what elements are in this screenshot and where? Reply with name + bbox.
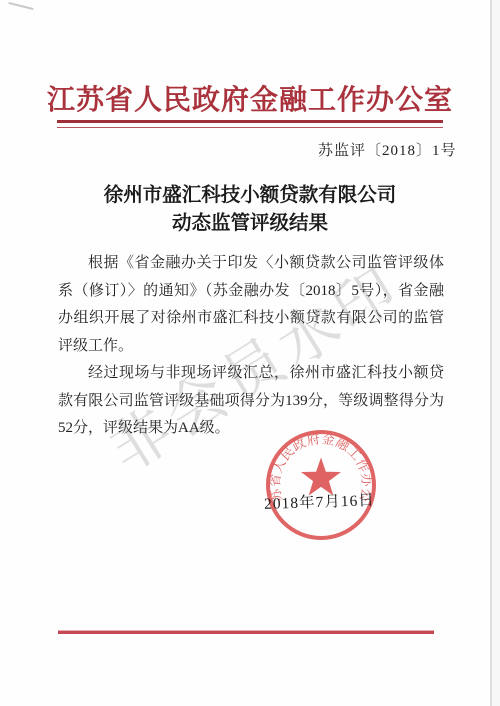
header-double-rule — [57, 120, 443, 128]
page-edge-line — [490, 0, 492, 706]
document-date: 2018年7月16日 — [264, 488, 375, 514]
document-body: 根据《省金融办关于印发〈小额贷款公司监管评级体系（修订）〉的通知》（苏金融办发〔… — [58, 250, 444, 443]
footer-red-rule — [58, 630, 434, 634]
header-rule-thick — [57, 120, 443, 123]
document-title-line2: 动态监管评级结果 — [0, 209, 500, 237]
document-title-line1: 徐州市盛汇科技小额贷款有限公司 — [0, 181, 500, 209]
document-title: 徐州市盛汇科技小额贷款有限公司 动态监管评级结果 — [0, 181, 500, 237]
header-rule-thin — [57, 127, 443, 128]
page-edge-shading — [492, 0, 500, 706]
document-number: 苏监评〔2018〕1号 — [318, 139, 457, 160]
body-paragraph-1: 根据《省金融办关于印发〈小额贷款公司监管评级体系（修订）〉的通知》（苏金融办发〔… — [58, 250, 444, 360]
official-seal-stamp: 江苏省人民政府金融工作办公室 — [263, 427, 379, 543]
scan-artifact-line — [8, 2, 34, 10]
scanned-official-document-page: 江苏省人民政府金融工作办公室 苏监评〔2018〕1号 徐州市盛汇科技小额贷款有限… — [0, 0, 500, 706]
body-paragraph-2: 经过现场与非现场评级汇总，徐州市盛汇科技小额贷款有限公司监管评级基础项得分为13… — [58, 360, 444, 443]
issuing-org-header: 江苏省人民政府金融工作办公室 — [0, 78, 500, 118]
